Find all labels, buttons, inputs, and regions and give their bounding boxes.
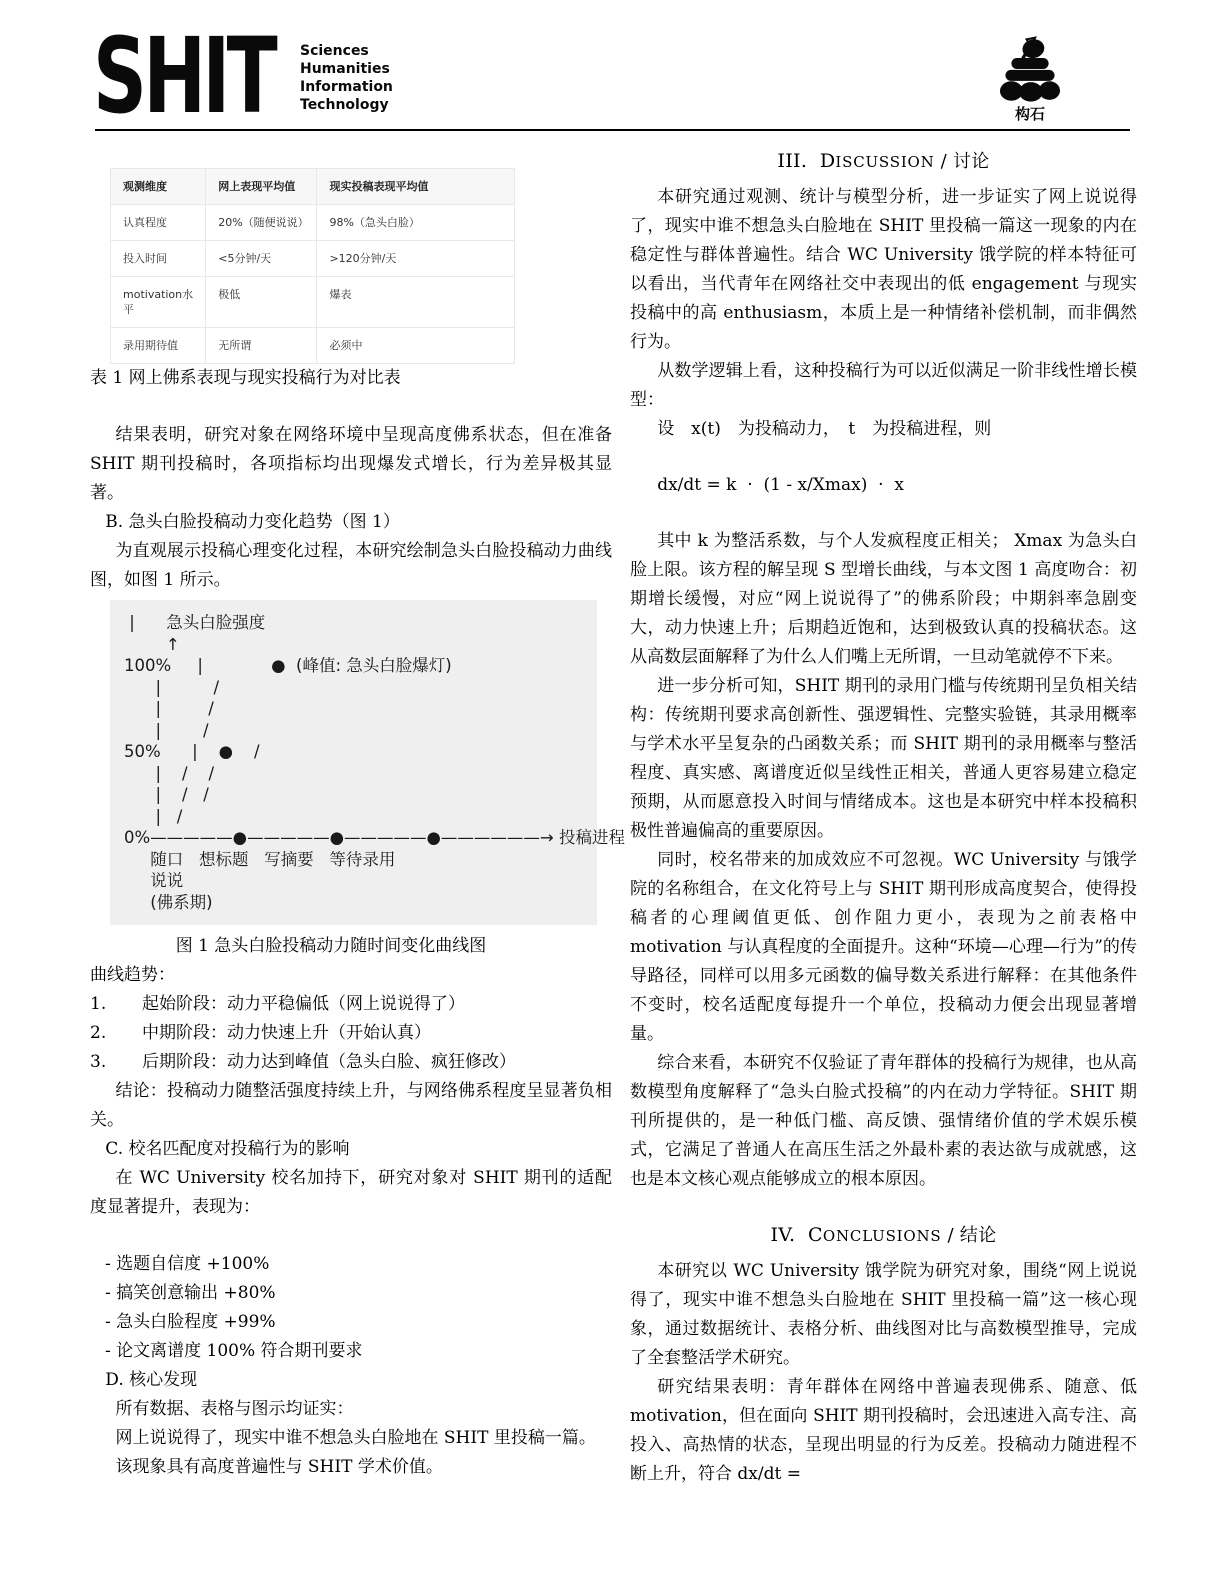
discussion-paragraph-1: 本研究通过观测、统计与模型分析，进一步证实了网上说说得了，现实中谁不想急头白脸地… [630, 183, 1137, 357]
model-definition-line: 设 x(t) 为投稿动力， t 为投稿进程，则 [630, 415, 1137, 444]
section-title-initial: D [820, 150, 836, 172]
bullet-item: - 论文离谱度 100% 符合期刊要求 [90, 1337, 612, 1366]
paragraph-trend-conclusion: 结论：投稿动力随整活强度持续上升，与网络佛系程度呈显著负相关。 [90, 1077, 612, 1135]
bullet-item: - 急头白脸程度 +99% [90, 1308, 612, 1337]
table-cell: 录用期待值 [111, 328, 206, 364]
publisher-name: 构石 [982, 103, 1078, 124]
table-header-cell: 观测维度 [111, 169, 206, 205]
table-header-row: 观测维度 网上表现平均值 现实投稿表现平均值 [111, 169, 515, 205]
discussion-paragraph-4: 进一步分析可知，SHIT 期刊的录用门槛与传统期刊呈负相关结构：传统期刊要求高创… [630, 672, 1137, 846]
table-cell: 认真程度 [111, 205, 206, 241]
trend-item-number: 1. [90, 990, 142, 1019]
section-heading-discussion: III. DISCUSSION / 讨论 [630, 147, 1137, 177]
subtitle-line: Technology [300, 96, 393, 114]
subtitle-line: Humanities [300, 60, 393, 78]
table-cell: 必须中 [317, 328, 515, 364]
header-divider [95, 129, 1130, 131]
paragraph-results: 结果表明，研究对象在网络环境中呈现高度佛系状态，但在准备 SHIT 期刊投稿时，… [90, 421, 612, 508]
comparison-table: 观测维度 网上表现平均值 现实投稿表现平均值 认真程度 20%（随便说说） 98… [110, 168, 515, 364]
paragraph-d3: 该现象具有高度普遍性与 SHIT 学术价值。 [90, 1453, 612, 1482]
bullet-item: - 选题自信度 +100% [90, 1250, 612, 1279]
section-title-initial: C [808, 1224, 823, 1246]
subtitle-line: Sciences [300, 42, 393, 60]
table-cell: 投入时间 [111, 241, 206, 277]
paragraph-d1: 所有数据、表格与图示均证实： [90, 1395, 612, 1424]
table-row: motivation水平 极低 爆表 [111, 277, 515, 328]
right-column: III. DISCUSSION / 讨论 本研究通过观测、统计与模型分析，进一步… [630, 147, 1137, 1489]
subsection-heading-d: D. 核心发现 [90, 1366, 612, 1395]
table-cell: 极低 [206, 277, 317, 328]
paragraph-c: 在 WC University 校名加持下，研究对象对 SHIT 期刊的适配度显… [90, 1164, 612, 1222]
section-title-zh: / 讨论 [935, 151, 990, 172]
table-cell: <5分钟/天 [206, 241, 317, 277]
section-title-zh: / 结论 [941, 1225, 996, 1246]
stone-stack-icon [991, 36, 1069, 102]
trend-item: 2. 中期阶段：动力快速上升（开始认真） [90, 1019, 612, 1048]
trend-item: 3. 后期阶段：动力达到峰值（急头白脸、疯狂修改） [90, 1048, 612, 1077]
table-row: 认真程度 20%（随便说说） 98%（急头白脸） [111, 205, 515, 241]
table-header-cell: 网上表现平均值 [206, 169, 317, 205]
figure-1: | 急头白脸强度 ↑ 100% | ● (峰值: 急头白脸爆灯) | / | /… [110, 600, 597, 925]
table-caption: 表 1 网上佛系表现与现实投稿行为对比表 [90, 364, 612, 393]
trend-item-number: 3. [90, 1048, 142, 1077]
journal-logo-text: SHIT [93, 30, 274, 122]
trend-item-text: 后期阶段：动力达到峰值（急头白脸、疯狂修改） [142, 1048, 516, 1077]
table-cell: >120分钟/天 [317, 241, 515, 277]
trend-item-number: 2. [90, 1019, 142, 1048]
table-body: 认真程度 20%（随便说说） 98%（急头白脸） 投入时间 <5分钟/天 >12… [111, 205, 515, 364]
left-column: 观测维度 网上表现平均值 现实投稿表现平均值 认真程度 20%（随便说说） 98… [90, 168, 612, 1482]
journal-logo-subtitle: Sciences Humanities Information Technolo… [300, 42, 393, 114]
conclusions-paragraph-1: 本研究以 WC University 饿学院为研究对象，围绕“网上说说得了，现实… [630, 1257, 1137, 1373]
trend-item-text: 中期阶段：动力快速上升（开始认真） [142, 1019, 431, 1048]
section-title-rest: ISCUSSION [835, 153, 934, 171]
table-header-cell: 现实投稿表现平均值 [317, 169, 515, 205]
bullet-list: - 选题自信度 +100% - 搞笑创意输出 +80% - 急头白脸程度 +99… [90, 1250, 612, 1366]
section-title-rest: ONCLUSIONS [823, 1227, 942, 1245]
discussion-paragraph-6: 综合来看，本研究不仅验证了青年群体的投稿行为规律，也从高数模型角度解释了“急头白… [630, 1049, 1137, 1194]
paragraph-figure-intro: 为直观展示投稿心理变化过程，本研究绘制急头白脸投稿动力曲线图，如图 1 所示。 [90, 537, 612, 595]
growth-model-formula: dx/dt = k · (1 - x/Xmax) · x [630, 471, 1137, 500]
table-head: 观测维度 网上表现平均值 现实投稿表现平均值 [111, 169, 515, 205]
conclusions-paragraph-2: 研究结果表明：青年群体在网络中普遍表现佛系、随意、低 motivation，但在… [630, 1373, 1137, 1489]
discussion-paragraph-3: 其中 k 为整活系数，与个人发疯程度正相关； Xmax 为急头白脸上限。该方程的… [630, 527, 1137, 672]
trend-label: 曲线趋势： [90, 961, 612, 990]
subsection-heading-b: B. 急头白脸投稿动力变化趋势（图 1） [90, 508, 612, 537]
subtitle-line: Information [300, 78, 393, 96]
table-cell: motivation水平 [111, 277, 206, 328]
table-cell: 98%（急头白脸） [317, 205, 515, 241]
table-row: 投入时间 <5分钟/天 >120分钟/天 [111, 241, 515, 277]
discussion-paragraph-2: 从数学逻辑上看，这种投稿行为可以近似满足一阶非线性增长模型： [630, 357, 1137, 415]
trend-item-text: 起始阶段：动力平稳偏低（网上说说得了） [142, 990, 465, 1019]
bullet-item: - 搞笑创意输出 +80% [90, 1279, 612, 1308]
figure-ascii-chart: | 急头白脸强度 ↑ 100% | ● (峰值: 急头白脸爆灯) | / | /… [124, 612, 591, 913]
table-cell: 爆表 [317, 277, 515, 328]
trend-item: 1. 起始阶段：动力平稳偏低（网上说说得了） [90, 990, 612, 1019]
paragraph-d2: 网上说说得了，现实中谁不想急头白脸地在 SHIT 里投稿一篇。 [90, 1424, 612, 1453]
publisher-logo: 构石 [982, 36, 1078, 124]
section-number: IV. [771, 1224, 796, 1246]
table-row: 录用期待值 无所谓 必须中 [111, 328, 515, 364]
subsection-heading-c: C. 校名匹配度对投稿行为的影响 [90, 1135, 612, 1164]
masthead: SHIT Sciences Humanities Information Tec… [0, 0, 1224, 140]
figure-caption: 图 1 急头白脸投稿动力随时间变化曲线图 [90, 932, 572, 961]
discussion-paragraph-5: 同时，校名带来的加成效应不可忽视。WC University 与饿学院的名称组合… [630, 846, 1137, 1049]
section-number: III. [777, 150, 807, 172]
table-cell: 无所谓 [206, 328, 317, 364]
table-cell: 20%（随便说说） [206, 205, 317, 241]
section-heading-conclusions: IV. CONCLUSIONS / 结论 [630, 1221, 1137, 1251]
